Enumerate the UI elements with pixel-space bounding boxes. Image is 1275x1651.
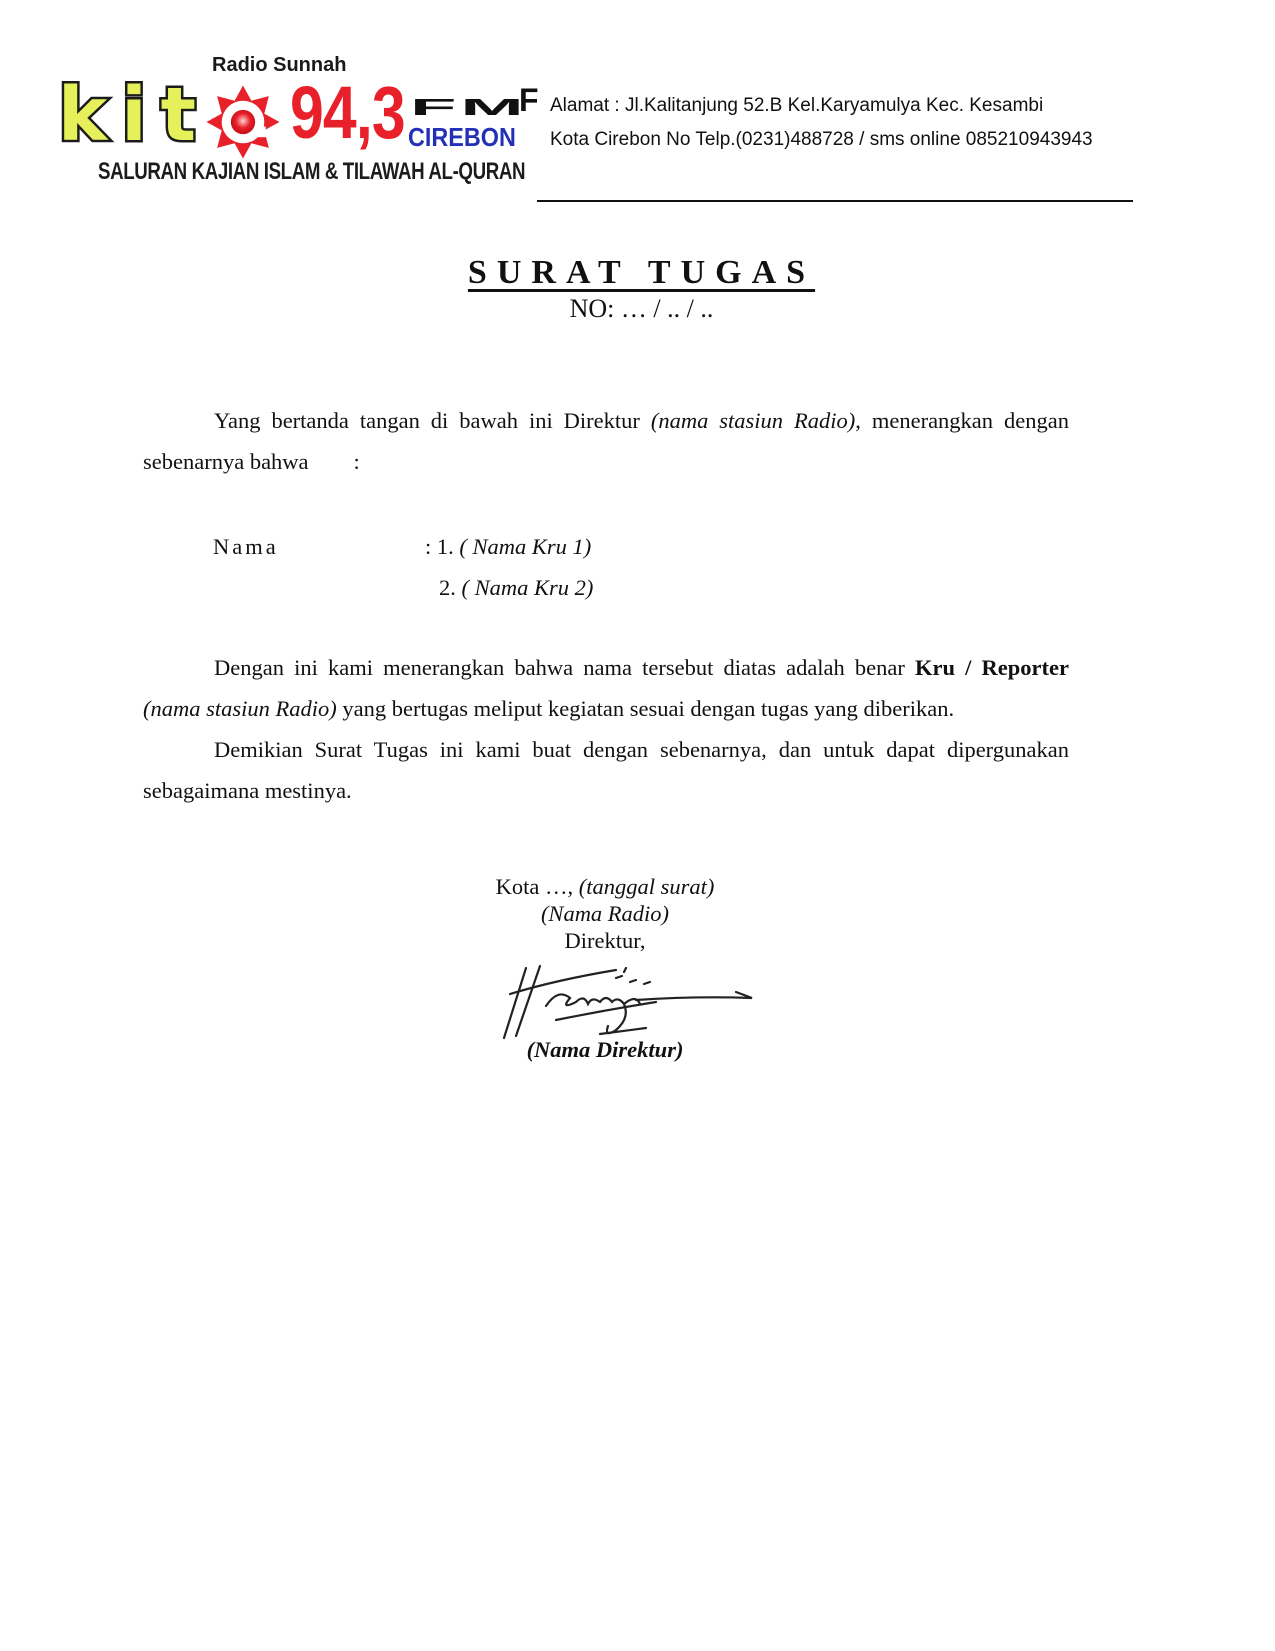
crew-row: 2. ( Nama Kru 2)	[213, 567, 593, 608]
signer-name: (Nama Direktur)	[440, 1037, 770, 1063]
signature-icon	[496, 958, 756, 1048]
address-line-2: Kota Cirebon No Telp.(0231)488728 / sms …	[550, 123, 1093, 157]
paragraph-statement: Dengan ini kami menerangkan bahwa nama t…	[143, 647, 1069, 729]
letterhead-heading-fragment: F	[519, 84, 539, 116]
document-title: SURAT TUGAS	[0, 254, 1275, 292]
paragraph-intro: Yang bertanda tangan di bawah ini Direkt…	[143, 400, 1069, 482]
logo-city: CIREBON	[408, 124, 516, 150]
station-name-placeholder: (nama stasiun Radio)	[143, 696, 337, 721]
signer-position: Direktur,	[440, 927, 770, 954]
letterhead-divider	[537, 200, 1133, 202]
crew-names: Nama : 1. ( Nama Kru 1) 2. ( Nama Kru 2)	[213, 526, 593, 608]
station-name-placeholder: (nama stasiun Radio)	[651, 408, 855, 433]
place-date: Kota …, (tanggal surat)	[440, 873, 770, 900]
crew-item-1: : 1. ( Nama Kru 1)	[425, 526, 591, 567]
organization-name: (Nama Radio)	[440, 900, 770, 927]
statement-text-end: yang bertugas meliput kegiatan sesuai de…	[337, 696, 954, 721]
logo-brand-letter: k	[58, 78, 115, 152]
address-line-1: Alamat : Jl.Kalitanjung 52.B Kel.Karyamu…	[550, 89, 1093, 123]
paragraph-closing: Demikian Surat Tugas ini kami buat denga…	[143, 729, 1069, 811]
letterhead-address: Alamat : Jl.Kalitanjung 52.B Kel.Karyamu…	[550, 89, 1093, 157]
logo-brand-letter: t	[161, 78, 204, 152]
document-title-text: SURAT TUGAS	[468, 254, 815, 291]
crew-row: Nama : 1. ( Nama Kru 1)	[213, 526, 593, 567]
signature-block: Kota …, (tanggal surat) (Nama Radio) Dir…	[440, 873, 770, 954]
names-label: Nama	[213, 526, 425, 567]
crew-item-2: 2. ( Nama Kru 2)	[439, 567, 593, 608]
logo-brand-letter: i	[121, 78, 154, 152]
logo-frequency: 94,3	[290, 76, 405, 150]
star-emblem-icon	[205, 84, 281, 160]
intro-text: Yang bertanda tangan di bawah ini Direkt…	[214, 408, 651, 433]
names-label-spacer	[213, 567, 439, 608]
document-number: NO: … / .. / ..	[0, 294, 1275, 324]
logo-band: FM	[410, 96, 528, 120]
logo-brand: k i t	[58, 78, 204, 152]
logo-tagline: SALURAN KAJIAN ISLAM & TILAWAH AL-QURAN	[98, 160, 525, 184]
role-text: Kru / Reporter	[915, 655, 1069, 680]
intro-colon: :	[354, 449, 360, 474]
statement-text: Dengan ini kami menerangkan bahwa nama t…	[214, 655, 915, 680]
